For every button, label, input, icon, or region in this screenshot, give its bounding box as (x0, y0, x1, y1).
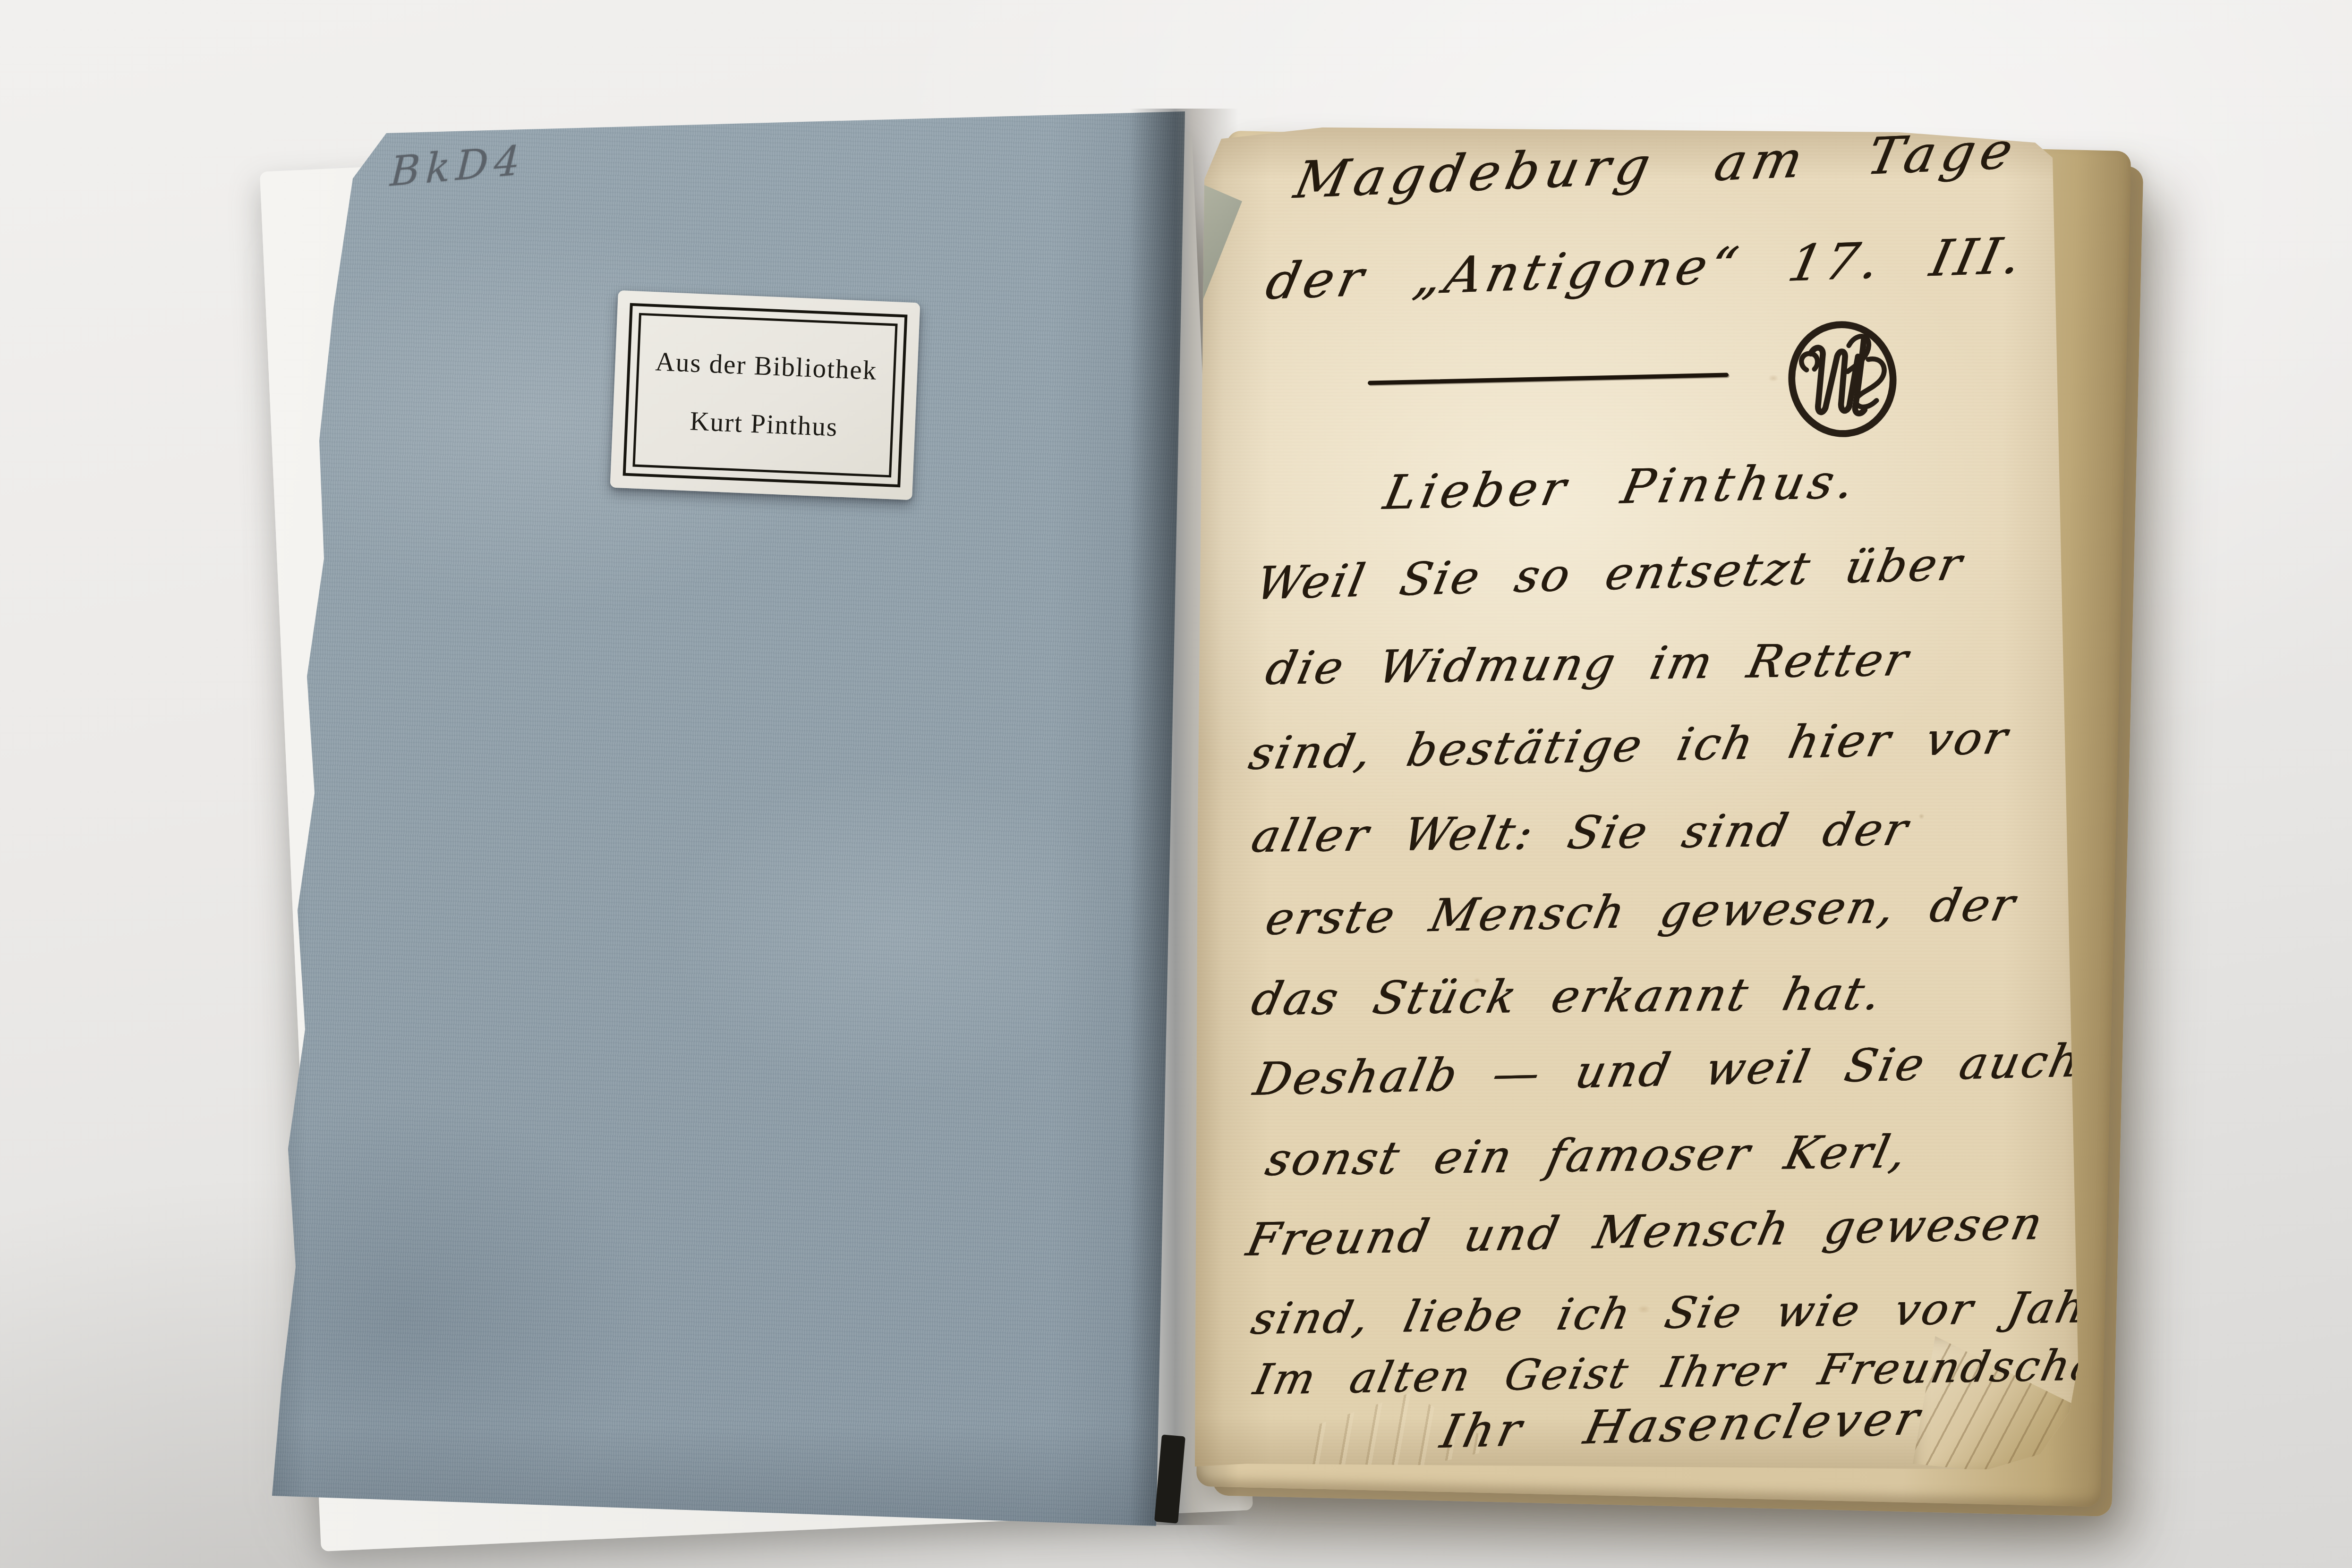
bookplate-border-inner: Aus der Bibliothek Kurt Pinthus (632, 313, 897, 478)
manuscript-page: Magdeburg am Tage der „Antigone“ 17. III… (1190, 118, 2116, 1487)
letter-line: sind, liebe ich Sie wie vor Jahren. (1247, 1281, 2190, 1344)
letter-line: Freund und Mensch gewesen (1242, 1197, 2049, 1266)
handwritten-letter: Magdeburg am Tage der „Antigone“ 17. III… (1190, 118, 2116, 1487)
bookplate-label: Aus der Bibliothek Kurt Pinthus (610, 290, 920, 500)
letter-line: erste Mensch gewesen, der (1261, 878, 2021, 945)
letter-signature: Ihr Hasenclever (1436, 1392, 1927, 1459)
letter-closing: Im alten Geist Ihrer Freundschaft (1249, 1340, 2142, 1405)
bookplate-line-1: Aus der Bibliothek (655, 346, 878, 386)
photo-backdrop: BkD4 Aus der Bibliothek Kurt Pinthus (0, 0, 2352, 1568)
letter-line: der „Antigone“ 17. III. 18 (1261, 222, 2152, 311)
letter-line: das Stück erkannt hat. (1247, 967, 1888, 1026)
letter-line: Weil Sie so entsetzt über (1252, 538, 1968, 610)
letter-line: sonst ein famoser Kerl, (1261, 1125, 1913, 1186)
letter-line: aller Welt: Sie sind der (1247, 803, 1914, 863)
letter-salutation: Lieber Pinthus. (1379, 454, 1864, 520)
letter-line: die Widmung im Retter (1261, 633, 1915, 695)
bookplate-line-2: Kurt Pinthus (689, 406, 838, 442)
letter-line: Deshalb — und weil Sie auch (1249, 1034, 2087, 1106)
left-endpaper-page: BkD4 Aus der Bibliothek Kurt Pinthus (264, 108, 1193, 1529)
letter-line: sind, bestätige ich hier vor (1244, 712, 2014, 780)
bookplate-border-outer: Aus der Bibliothek Kurt Pinthus (623, 303, 908, 487)
letter-line: Magdeburg am Tage (1289, 121, 2024, 210)
pencil-inscription: BkD4 (389, 136, 527, 196)
